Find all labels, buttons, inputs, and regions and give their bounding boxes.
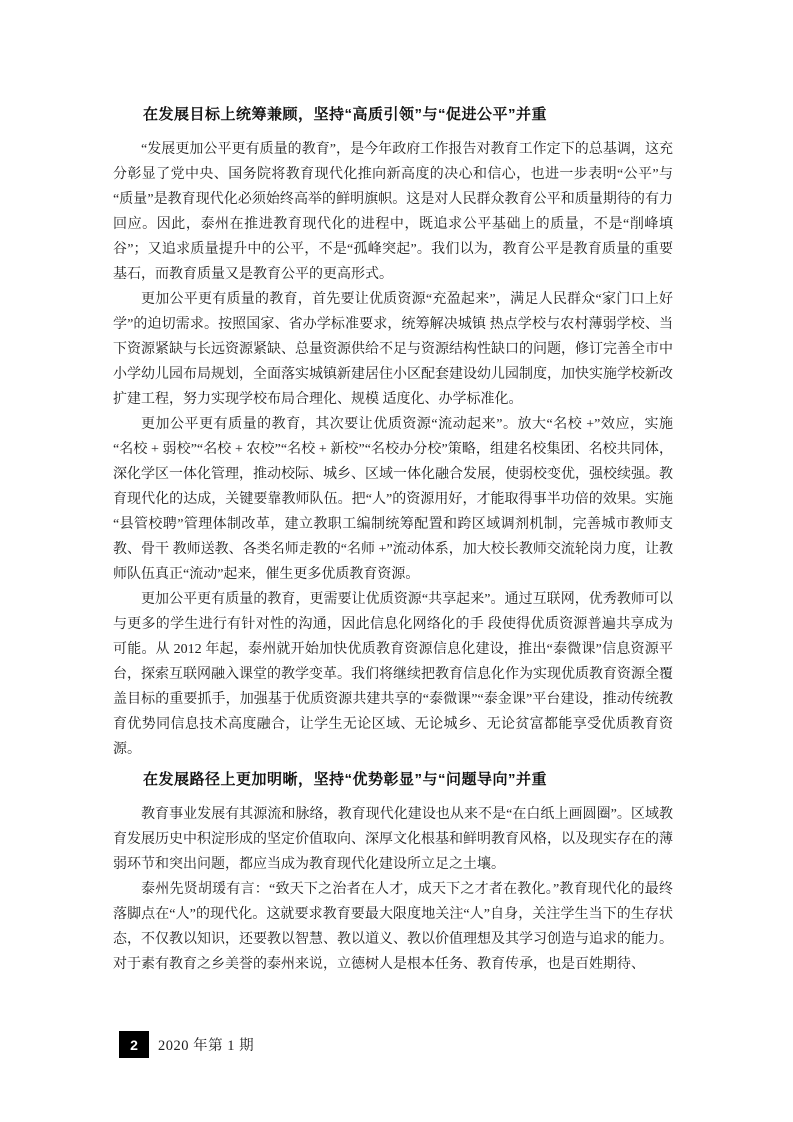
body-paragraph: 教育事业发展有其源流和脉络，教育现代化建设也从来不是“在白纸上画圆圈”。区域教育… [113, 802, 673, 877]
section-heading-development-path: 在发展路径上更加明晰，坚持“优势彰显”与“问题导向”并重 [113, 767, 673, 792]
page-footer: 2 2020 年第 1 期 [119, 1031, 254, 1058]
body-paragraph: 泰州先贤胡瑗有言：“致天下之治者在人才，成天下之才者在教化。”教育现代化的最终落… [113, 877, 673, 977]
body-paragraph: 更加公平更有质量的教育，更需要让优质资源“共享起来”。通过互联网，优秀教师可以与… [113, 587, 673, 762]
body-paragraph: 更加公平更有质量的教育，其次要让优质资源“流动起来”。放大“名校 +”效应，实施… [113, 412, 673, 587]
document-page: 在发展目标上统筹兼顾，坚持“高质引领”与“促进公平”并重 “发展更加公平更有质量… [0, 0, 793, 1122]
article-body: 在发展目标上统筹兼顾，坚持“高质引领”与“促进公平”并重 “发展更加公平更有质量… [113, 97, 673, 977]
section-heading-development-goals: 在发展目标上统筹兼顾，坚持“高质引领”与“促进公平”并重 [113, 102, 673, 127]
page-number-badge: 2 [119, 1031, 149, 1058]
body-paragraph: 更加公平更有质量的教育，首先要让优质资源“充盈起来”，满足人民群众“家门口上好学… [113, 287, 673, 412]
issue-label: 2020 年第 1 期 [158, 1034, 254, 1055]
body-paragraph: “发展更加公平更有质量的教育”，是今年政府工作报告对教育工作定下的总基调，这充分… [113, 137, 673, 287]
